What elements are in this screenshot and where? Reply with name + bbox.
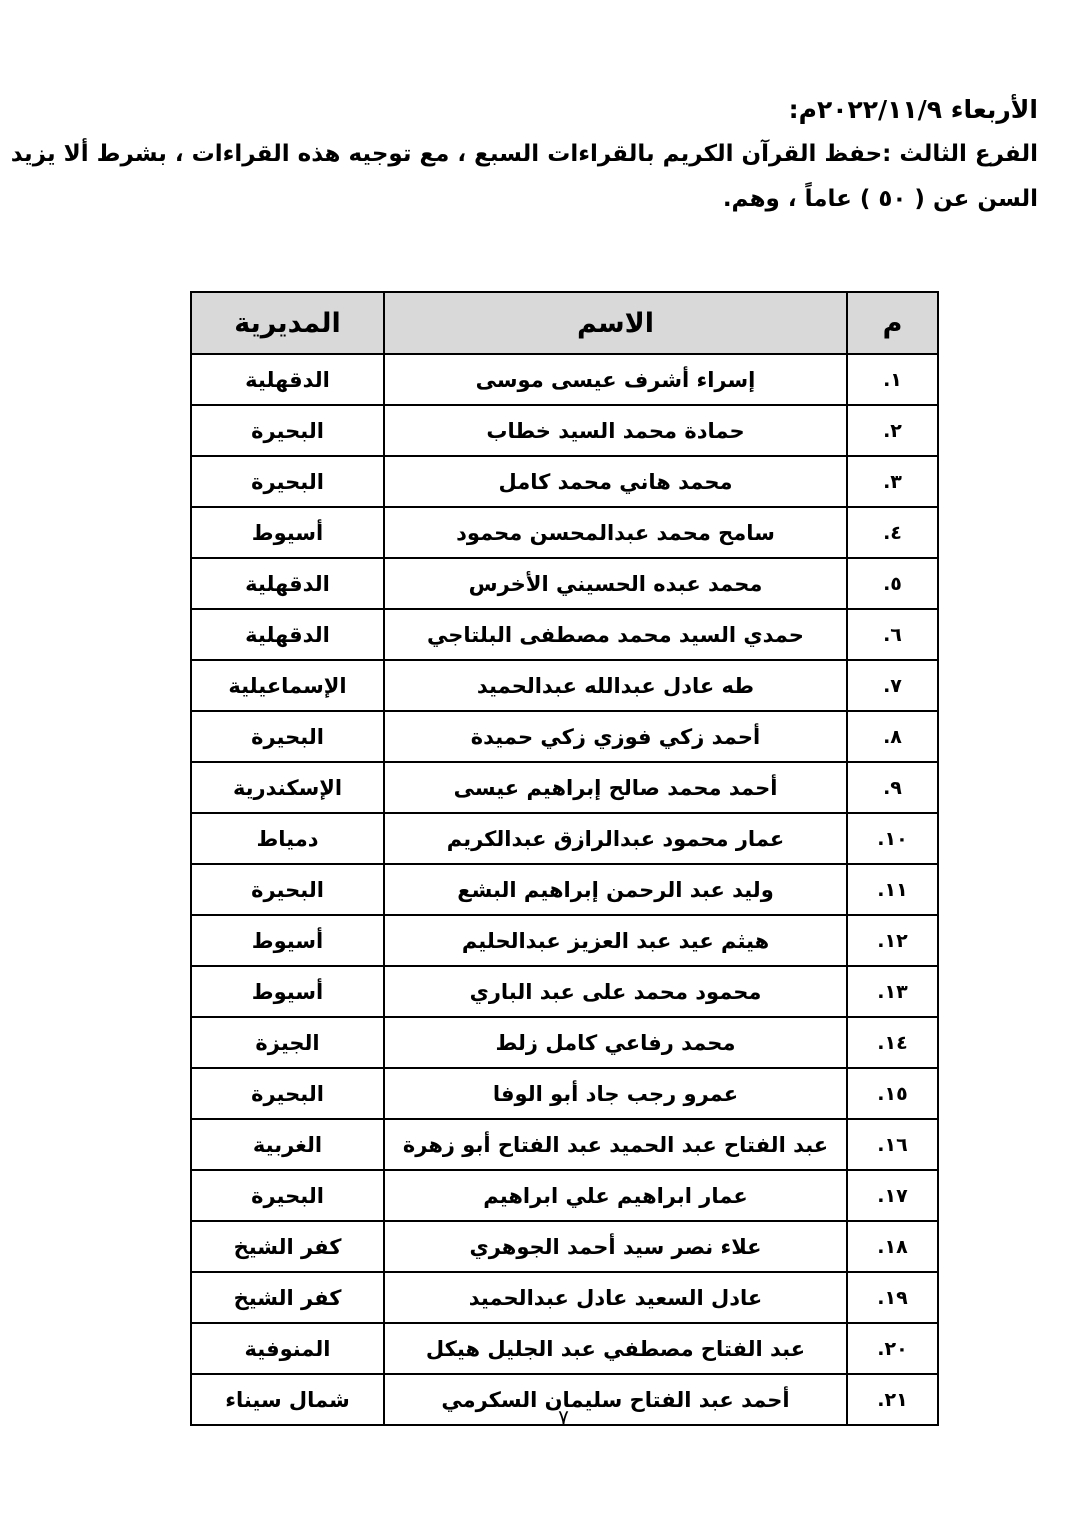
row-directorate-cell: البحيرة — [191, 1170, 384, 1221]
header-cell-directorate: المديرية — [191, 292, 384, 354]
row-directorate-cell: الدقهلية — [191, 354, 384, 405]
row-directorate-cell: كفر الشيخ — [191, 1272, 384, 1323]
row-directorate-cell: أسيوط — [191, 966, 384, 1017]
page-number: ٧ — [190, 1405, 937, 1429]
table-row: ١٥. عمرو رجب جاد أبو الوفا البحيرة — [191, 1068, 938, 1119]
row-name-cell: عمرو رجب جاد أبو الوفا — [384, 1068, 847, 1119]
row-name-cell: إسراء أشرف عيسى موسى — [384, 354, 847, 405]
row-directorate-cell: البحيرة — [191, 711, 384, 762]
table-row: ١٢. هيثم عيد عبد العزيز عبدالحليم أسيوط — [191, 915, 938, 966]
row-directorate-cell: البحيرة — [191, 1068, 384, 1119]
row-serial-cell: ١٠. — [847, 813, 938, 864]
row-serial-cell: ١٧. — [847, 1170, 938, 1221]
row-serial-cell: ١٢. — [847, 915, 938, 966]
table-row: ١٦. عبد الفتاح عبد الحميد عبد الفتاح أبو… — [191, 1119, 938, 1170]
row-directorate-cell: المنوفية — [191, 1323, 384, 1374]
table-row: ١٤. محمد رفاعي كامل زلط الجيزة — [191, 1017, 938, 1068]
document-header: الأربعاء ٢٠٢٢/١١/٩م: الفرع الثالث :حفظ ا… — [40, 95, 1038, 212]
table-row: ٢٠. عبد الفتاح مصطفي عبد الجليل هيكل الم… — [191, 1323, 938, 1374]
row-name-cell: أحمد محمد صالح إبراهيم عيسى — [384, 762, 847, 813]
row-serial-cell: ٩. — [847, 762, 938, 813]
table-row: ٩. أحمد محمد صالح إبراهيم عيسى الإسكندري… — [191, 762, 938, 813]
row-directorate-cell: الغربية — [191, 1119, 384, 1170]
section-intro-line-2: السن عن ( ٥٠ ) عاماً ، وهم. — [40, 186, 1038, 212]
table-row: ١٩. عادل السعيد عادل عبدالحميد كفر الشيخ — [191, 1272, 938, 1323]
row-serial-cell: ٥. — [847, 558, 938, 609]
row-directorate-cell: الجيزة — [191, 1017, 384, 1068]
row-directorate-cell: الدقهلية — [191, 609, 384, 660]
row-directorate-cell: البحيرة — [191, 864, 384, 915]
section-intro-line-1: الفرع الثالث :حفظ القرآن الكريم بالقراءا… — [40, 141, 1038, 167]
row-name-cell: عادل السعيد عادل عبدالحميد — [384, 1272, 847, 1323]
table-row: ١. إسراء أشرف عيسى موسى الدقهلية — [191, 354, 938, 405]
row-serial-cell: ٧. — [847, 660, 938, 711]
row-name-cell: حمادة محمد السيد خطاب — [384, 405, 847, 456]
table-row: ٤. سامح محمد عبدالمحسن محمود أسيوط — [191, 507, 938, 558]
row-name-cell: محمد رفاعي كامل زلط — [384, 1017, 847, 1068]
header-cell-name: الاسم — [384, 292, 847, 354]
row-serial-cell: ٦. — [847, 609, 938, 660]
document-page: الأربعاء ٢٠٢٢/١١/٩م: الفرع الثالث :حفظ ا… — [0, 0, 1080, 1527]
row-directorate-cell: الدقهلية — [191, 558, 384, 609]
row-serial-cell: ٣. — [847, 456, 938, 507]
table-row: ١١. وليد عبد الرحمن إبراهيم البشع البحير… — [191, 864, 938, 915]
row-name-cell: محمود محمد على عبد الباري — [384, 966, 847, 1017]
names-table-header: م الاسم المديرية — [191, 292, 938, 354]
row-serial-cell: ١٩. — [847, 1272, 938, 1323]
row-name-cell: محمد عبده الحسيني الأخرس — [384, 558, 847, 609]
row-serial-cell: ٨. — [847, 711, 938, 762]
row-serial-cell: ١. — [847, 354, 938, 405]
row-name-cell: علاء نصر سيد أحمد الجوهري — [384, 1221, 847, 1272]
table-row: ٦. حمدي السيد محمد مصطفى البلتاجي الدقهل… — [191, 609, 938, 660]
row-name-cell: عمار محمود عبدالرازق عبدالكريم — [384, 813, 847, 864]
row-name-cell: حمدي السيد محمد مصطفى البلتاجي — [384, 609, 847, 660]
table-row: ١٠. عمار محمود عبدالرازق عبدالكريم دمياط — [191, 813, 938, 864]
row-name-cell: عبد الفتاح مصطفي عبد الجليل هيكل — [384, 1323, 847, 1374]
row-name-cell: عبد الفتاح عبد الحميد عبد الفتاح أبو زهر… — [384, 1119, 847, 1170]
row-serial-cell: ٤. — [847, 507, 938, 558]
table-row: ٥. محمد عبده الحسيني الأخرس الدقهلية — [191, 558, 938, 609]
header-cell-serial: م — [847, 292, 938, 354]
table-row: ٧. طه عادل عبدالله عبدالحميد الإسماعيلية — [191, 660, 938, 711]
row-directorate-cell: البحيرة — [191, 405, 384, 456]
row-serial-cell: ١٨. — [847, 1221, 938, 1272]
row-directorate-cell: الإسكندرية — [191, 762, 384, 813]
table-row: ٢. حمادة محمد السيد خطاب البحيرة — [191, 405, 938, 456]
row-name-cell: هيثم عيد عبد العزيز عبدالحليم — [384, 915, 847, 966]
names-table: م الاسم المديرية ١. إسراء أشرف عيسى موسى… — [190, 291, 939, 1426]
row-serial-cell: ١٦. — [847, 1119, 938, 1170]
row-serial-cell: ٢. — [847, 405, 938, 456]
row-name-cell: طه عادل عبدالله عبدالحميد — [384, 660, 847, 711]
row-directorate-cell: الإسماعيلية — [191, 660, 384, 711]
row-directorate-cell: دمياط — [191, 813, 384, 864]
row-serial-cell: ١٤. — [847, 1017, 938, 1068]
row-name-cell: سامح محمد عبدالمحسن محمود — [384, 507, 847, 558]
row-serial-cell: ١٣. — [847, 966, 938, 1017]
row-directorate-cell: أسيوط — [191, 507, 384, 558]
table-row: ١٨. علاء نصر سيد أحمد الجوهري كفر الشيخ — [191, 1221, 938, 1272]
row-name-cell: أحمد زكي فوزي زكي حميدة — [384, 711, 847, 762]
row-name-cell: وليد عبد الرحمن إبراهيم البشع — [384, 864, 847, 915]
row-name-cell: عمار ابراهيم علي ابراهيم — [384, 1170, 847, 1221]
row-name-cell: محمد هاني محمد كامل — [384, 456, 847, 507]
row-serial-cell: ٢٠. — [847, 1323, 938, 1374]
date-line: الأربعاء ٢٠٢٢/١١/٩م: — [40, 95, 1038, 124]
row-serial-cell: ١١. — [847, 864, 938, 915]
names-table-body: ١. إسراء أشرف عيسى موسى الدقهلية ٢. حماد… — [191, 354, 938, 1425]
table-row: ١٣. محمود محمد على عبد الباري أسيوط — [191, 966, 938, 1017]
row-serial-cell: ١٥. — [847, 1068, 938, 1119]
header-row: م الاسم المديرية — [191, 292, 938, 354]
row-directorate-cell: كفر الشيخ — [191, 1221, 384, 1272]
row-directorate-cell: البحيرة — [191, 456, 384, 507]
table-row: ١٧. عمار ابراهيم علي ابراهيم البحيرة — [191, 1170, 938, 1221]
row-directorate-cell: أسيوط — [191, 915, 384, 966]
table-row: ٨. أحمد زكي فوزي زكي حميدة البحيرة — [191, 711, 938, 762]
table-row: ٣. محمد هاني محمد كامل البحيرة — [191, 456, 938, 507]
